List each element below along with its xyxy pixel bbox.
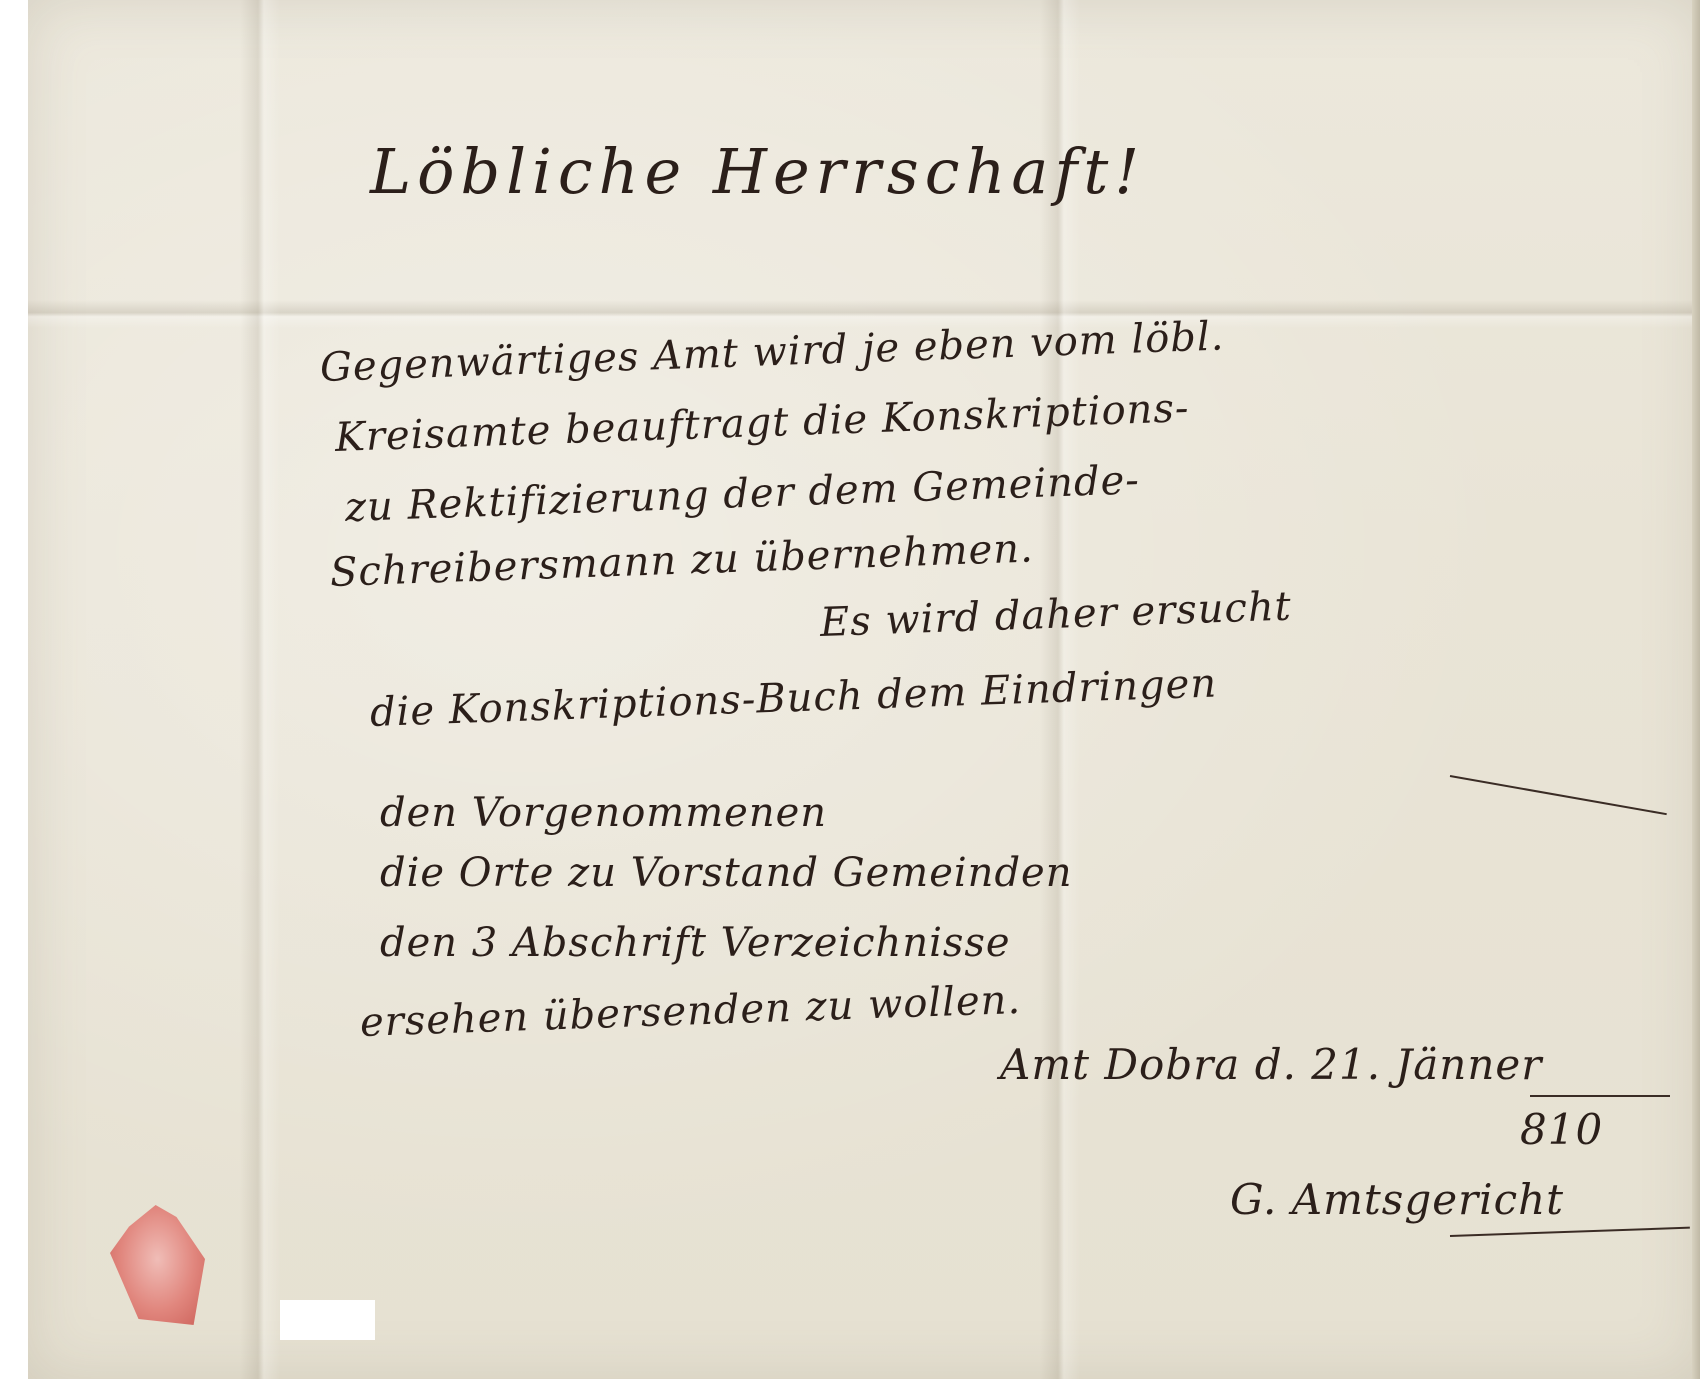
signature: G. Amtsgericht	[1230, 1175, 1564, 1224]
paper-edge	[1692, 0, 1700, 1379]
fold-crease-vertical-left	[240, 0, 280, 1379]
closing-place-date: Amt Dobra d. 21. Jänner	[1000, 1040, 1542, 1089]
body-line-7: den Vorgenommenen	[380, 790, 827, 836]
salutation: Löbliche Herrschaft!	[370, 135, 1145, 208]
date-underline	[1530, 1095, 1670, 1097]
paper-tear	[280, 1300, 375, 1340]
closing-year: 810	[1520, 1105, 1603, 1154]
body-line-9: den 3 Abschrift Verzeichnisse	[380, 920, 1011, 966]
body-line-8: die Orte zu Vorstand Gemeinden	[380, 850, 1072, 896]
